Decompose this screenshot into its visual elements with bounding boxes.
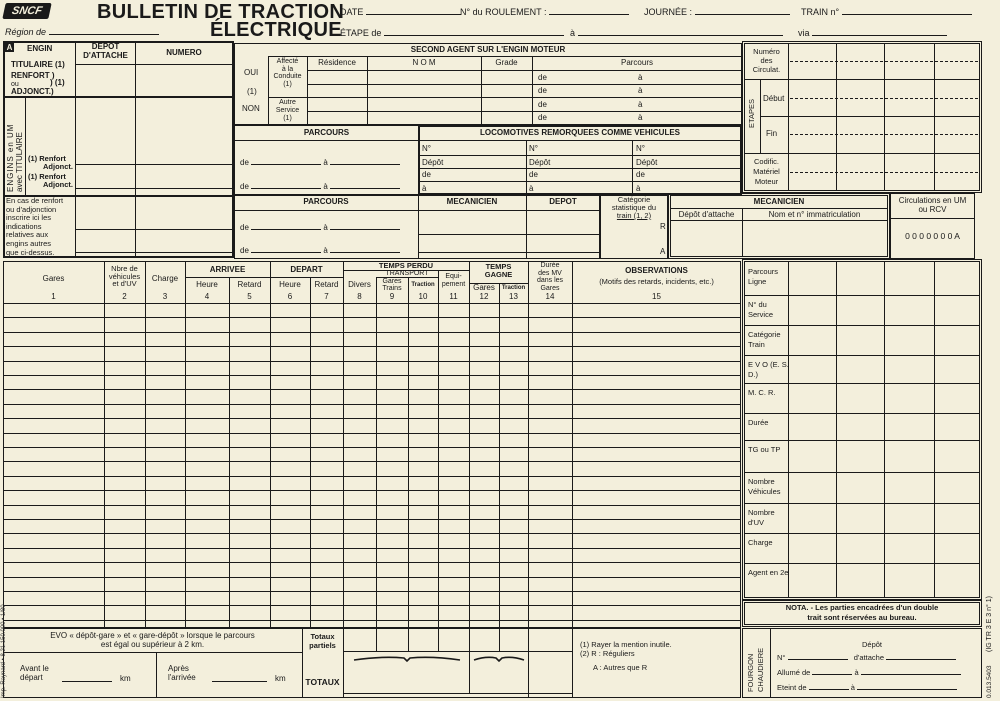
evo-l2: est égal ou supérieur à 2 km. (3, 641, 302, 650)
avec-titulaire-label: avec TITULAIRE (15, 132, 24, 192)
observations-header: OBSERVATIONS (572, 267, 741, 276)
brace-icon (472, 652, 526, 664)
a-label: à (638, 87, 642, 96)
parcours-1-row-2: de à (240, 180, 400, 192)
loco-no: N° (636, 145, 645, 154)
table-row-line (3, 317, 741, 318)
locomotives-title: LOCOMOTIVES REMORQUEES COMME VEHICULES (418, 129, 742, 138)
charge-header: Charge (145, 275, 185, 284)
train-field[interactable] (842, 6, 972, 15)
note-1: (1) Rayer la mention inutile. (580, 641, 672, 649)
loco-a: à (422, 185, 426, 194)
engin-note: En cas de renfort ou d'adjonction inscri… (6, 197, 63, 257)
col-num: 11 (438, 293, 469, 302)
brace-icon (352, 652, 462, 664)
col-num: 2 (104, 293, 145, 302)
fin-label: Fin (766, 130, 777, 139)
right-row-label: E V O (E. S. D.) (748, 360, 790, 380)
table-row-line (3, 577, 741, 578)
col-num: 14 (528, 293, 572, 302)
fourgon-depot: Dépôt (862, 641, 882, 649)
non-label: NON (242, 105, 260, 114)
loco-depot: Dépôt (422, 159, 443, 168)
region-label: Région de (5, 26, 159, 38)
fourgon-attache-field[interactable] (886, 651, 956, 660)
right-row-label: N° du Service (748, 300, 790, 320)
table-row-line (3, 591, 741, 592)
eteint-to-field[interactable] (857, 681, 957, 690)
form-code: 0.013.5403 (986, 665, 993, 698)
depot-attache-header: Dépôt d'attache (671, 211, 742, 220)
allume-from-field[interactable] (812, 666, 852, 675)
autre-service-label: AutreService(1) (268, 99, 307, 123)
divers-header: Divers (343, 281, 376, 290)
col-num: 13 (499, 293, 528, 302)
table-row-line (3, 346, 741, 347)
region-field[interactable] (49, 26, 159, 35)
col-num: 3 (145, 293, 185, 302)
gagne-traction: Traction (499, 285, 528, 292)
depot-header-l2: D'ATTACHE (76, 52, 135, 61)
via-field[interactable] (812, 27, 947, 36)
parcours-header: Parcours (532, 59, 742, 68)
col-num: 4 (185, 293, 229, 302)
eteint-from-field[interactable] (809, 681, 849, 690)
adjonct-2: Adjonct. (43, 181, 73, 189)
parcours-2-title: PARCOURS (234, 198, 418, 207)
loco-depot: Dépôt (529, 159, 550, 168)
temps-perdu-header: TEMPS PERDU (343, 262, 469, 270)
roulement-field[interactable] (549, 6, 629, 15)
right-row-label: Charge (748, 538, 790, 548)
de-label: de (538, 114, 547, 123)
titulaire-label: TITULAIRE (1) (11, 61, 65, 70)
parcours-1-row-1: de à (240, 156, 400, 168)
table-row-line (3, 548, 741, 549)
depart-retard: Retard (310, 281, 343, 290)
form-reference: (IG TR 3 E 3 n° 1) (986, 596, 993, 652)
right-row-label: TG ou TP (748, 445, 790, 455)
table-row-line (3, 490, 741, 491)
transport-header: TRANSPORT (376, 270, 438, 278)
de-label: de (538, 87, 547, 96)
table-row-line (3, 533, 741, 534)
one-label-2: (1) (247, 88, 257, 97)
table-row-line (3, 605, 741, 606)
loco-no: N° (529, 145, 538, 154)
right-row-label: Agent en 2e (748, 568, 790, 578)
gares-trains-header: GaresTrains (376, 278, 408, 292)
form-title-line2: ÉLECTRIQUE (210, 20, 342, 40)
col-num: 9 (376, 293, 408, 302)
table-row-line (3, 389, 741, 390)
gares-header: Gares (3, 275, 104, 284)
parcours-2-row-2: de à (240, 244, 400, 256)
depart-heure: Heure (270, 281, 310, 290)
loco-a: à (529, 185, 533, 194)
residence-header: Résidence (307, 59, 367, 68)
loco-no: N° (422, 145, 431, 154)
right-row-label: M. C. R. (748, 388, 790, 398)
loco-de: de (422, 171, 431, 180)
numero-circulat-label: NumérodesCirculat. (745, 47, 788, 74)
right-row-label: Nombre Véhicules (748, 477, 790, 497)
journee-field[interactable] (695, 6, 790, 15)
nota-l1: NOTA. - Les parties encadrées d'un doubl… (742, 604, 982, 612)
section-a-marker: A (5, 43, 14, 52)
etapes-label: ETAPES (747, 99, 756, 128)
col-num: 15 (572, 293, 741, 302)
table-row-line (3, 476, 741, 477)
parcours-field[interactable] (251, 244, 321, 253)
etape-to-label: à (570, 27, 783, 38)
printer-mark: Imp. Raynard • 8.21.150.000 • 1/80 (1, 604, 7, 698)
totaux-partiels-l1: Totaux (302, 633, 343, 641)
table-row-line (3, 505, 741, 506)
observations-sub: (Motifs des retards, incidents, etc.) (572, 278, 741, 286)
table-row-line (3, 418, 741, 419)
avant-l2: départ (20, 674, 43, 683)
col-num: 10 (408, 293, 438, 302)
grade-header: Grade (481, 59, 532, 68)
parcours-field[interactable] (330, 180, 400, 189)
apres-l2: l'arrivée (168, 674, 196, 683)
depot-header: DEPOT (526, 198, 600, 207)
oui-label: OUI (244, 69, 258, 78)
loco-de: de (636, 171, 645, 180)
parcours-2-row-1: de à (240, 221, 400, 233)
loco-de: de (529, 171, 538, 180)
totaux-partiels-l2: partiels (302, 642, 343, 650)
col-num: 12 (469, 293, 499, 302)
date-label: DATE (340, 6, 461, 17)
arrivee-retard: Retard (229, 281, 270, 290)
table-row-line (3, 620, 741, 621)
etape-from-field[interactable] (384, 27, 564, 36)
nom-immat-header: Nom et n° immatriculation (742, 211, 887, 220)
parcours-1-title: PARCOURS (234, 129, 419, 138)
apres-km-field[interactable] (212, 673, 267, 682)
parcours-field[interactable] (330, 221, 400, 230)
km-label: km (120, 675, 131, 684)
nbre-header: Nbre devéhiculeset d'UV (104, 265, 145, 288)
circulations-code: 0 0 0 0 0 0 0 A (890, 232, 975, 241)
nota-l2: trait sont réservées au bureau. (742, 614, 982, 622)
categorie-a: A (660, 248, 665, 257)
table-row-line (3, 519, 741, 520)
fourgon-label: FOURGON (746, 654, 755, 692)
table-row-line (3, 361, 741, 362)
affecte-label: Affectéà laConduite(1) (268, 58, 307, 88)
renfort-label: RENFORT ) (11, 72, 55, 81)
etape-label: ÉTAPE de (340, 27, 564, 38)
parcours-field[interactable] (330, 244, 400, 253)
parcours-field[interactable] (251, 156, 321, 165)
table-row-line (3, 375, 741, 376)
arrivee-header: ARRIVEE (185, 266, 270, 275)
table-row-line (3, 433, 741, 434)
roulement-label: N° du ROULEMENT : (460, 6, 629, 17)
km-label: km (275, 675, 286, 684)
allume-to-field[interactable] (861, 666, 961, 675)
a-label: à (638, 114, 642, 123)
duree-header: Duréedes MVdans lesGares (528, 262, 572, 292)
adjonct-label: ADJONCT.) (11, 88, 54, 97)
categorie-r: R (660, 223, 666, 232)
engins-um-label: ENGINS en UM (6, 124, 15, 192)
arrivee-heure: Heure (185, 281, 229, 290)
allume-row: Allumé de à (777, 666, 961, 677)
right-row-label: Catégorie Train (748, 330, 790, 350)
col-num: 7 (310, 293, 343, 302)
circulations-l2: ou RCV (890, 206, 975, 215)
debut-label: Début (763, 95, 784, 104)
depart-header: DEPART (270, 266, 343, 275)
nom-header: N O M (367, 59, 481, 68)
etape-to-field[interactable] (578, 27, 783, 36)
col-num: 1 (3, 293, 104, 302)
de-label: de (538, 74, 547, 83)
loco-depot: Dépôt (636, 159, 657, 168)
fourgon-no-field[interactable] (788, 651, 848, 660)
parcours-field[interactable] (251, 221, 321, 230)
sncf-logo: SNCF (2, 3, 51, 19)
totaux-label: TOTAUX (302, 678, 343, 687)
adjonct-1: Adjonct. (43, 163, 73, 171)
avant-km-field[interactable] (62, 673, 112, 682)
table-row-line (3, 447, 741, 448)
via-label: via (798, 27, 947, 38)
codific-label: Codific.MatérielMoteur (745, 157, 788, 187)
right-row-label: Durée (748, 418, 790, 428)
col-num: 6 (270, 293, 310, 302)
parcours-field[interactable] (330, 156, 400, 165)
note-3: A : Autres que R (593, 664, 647, 672)
table-row-line (3, 461, 741, 462)
temps-gagne-header: TEMPSGAGNE (469, 263, 528, 279)
train-label: TRAIN n° (801, 6, 972, 17)
col-num: 5 (229, 293, 270, 302)
journee-label: JOURNÉE : (644, 6, 790, 17)
a-label: à (638, 101, 642, 110)
de-label: de (538, 101, 547, 110)
table-row-line (3, 404, 741, 405)
right-row-label: Nombre d'UV (748, 508, 790, 528)
engin-header: ENGIN (27, 45, 52, 54)
mecanicien-header: MECANICIEN (418, 198, 526, 207)
categorie-label: Catégoriestatistique dutrain (1, 2) (600, 196, 668, 220)
a-label: à (638, 74, 642, 83)
traction-header: Traction (408, 282, 438, 289)
second-agent-title: SECOND AGENT SUR L'ENGIN MOTEUR (234, 46, 742, 55)
table-row-line (3, 332, 741, 333)
table-row-line (3, 562, 741, 563)
chaudiere-label: CHAUDIERE (756, 648, 765, 692)
date-field[interactable] (366, 6, 461, 15)
fourgon-no-row: N° d'attache (777, 651, 956, 662)
parcours-field[interactable] (251, 180, 321, 189)
note-2: (2) R : Réguliers (580, 650, 635, 658)
col-num: 8 (343, 293, 376, 302)
eteint-row: Eteint de à (777, 681, 957, 692)
right-row-label: Parcours Ligne (748, 267, 790, 287)
numero-header: NUMERO (136, 49, 232, 58)
equipement-header: Equi-pement (438, 273, 469, 289)
loco-a: à (636, 185, 640, 194)
mecanicien-box-title: MECANICIEN (668, 198, 890, 207)
